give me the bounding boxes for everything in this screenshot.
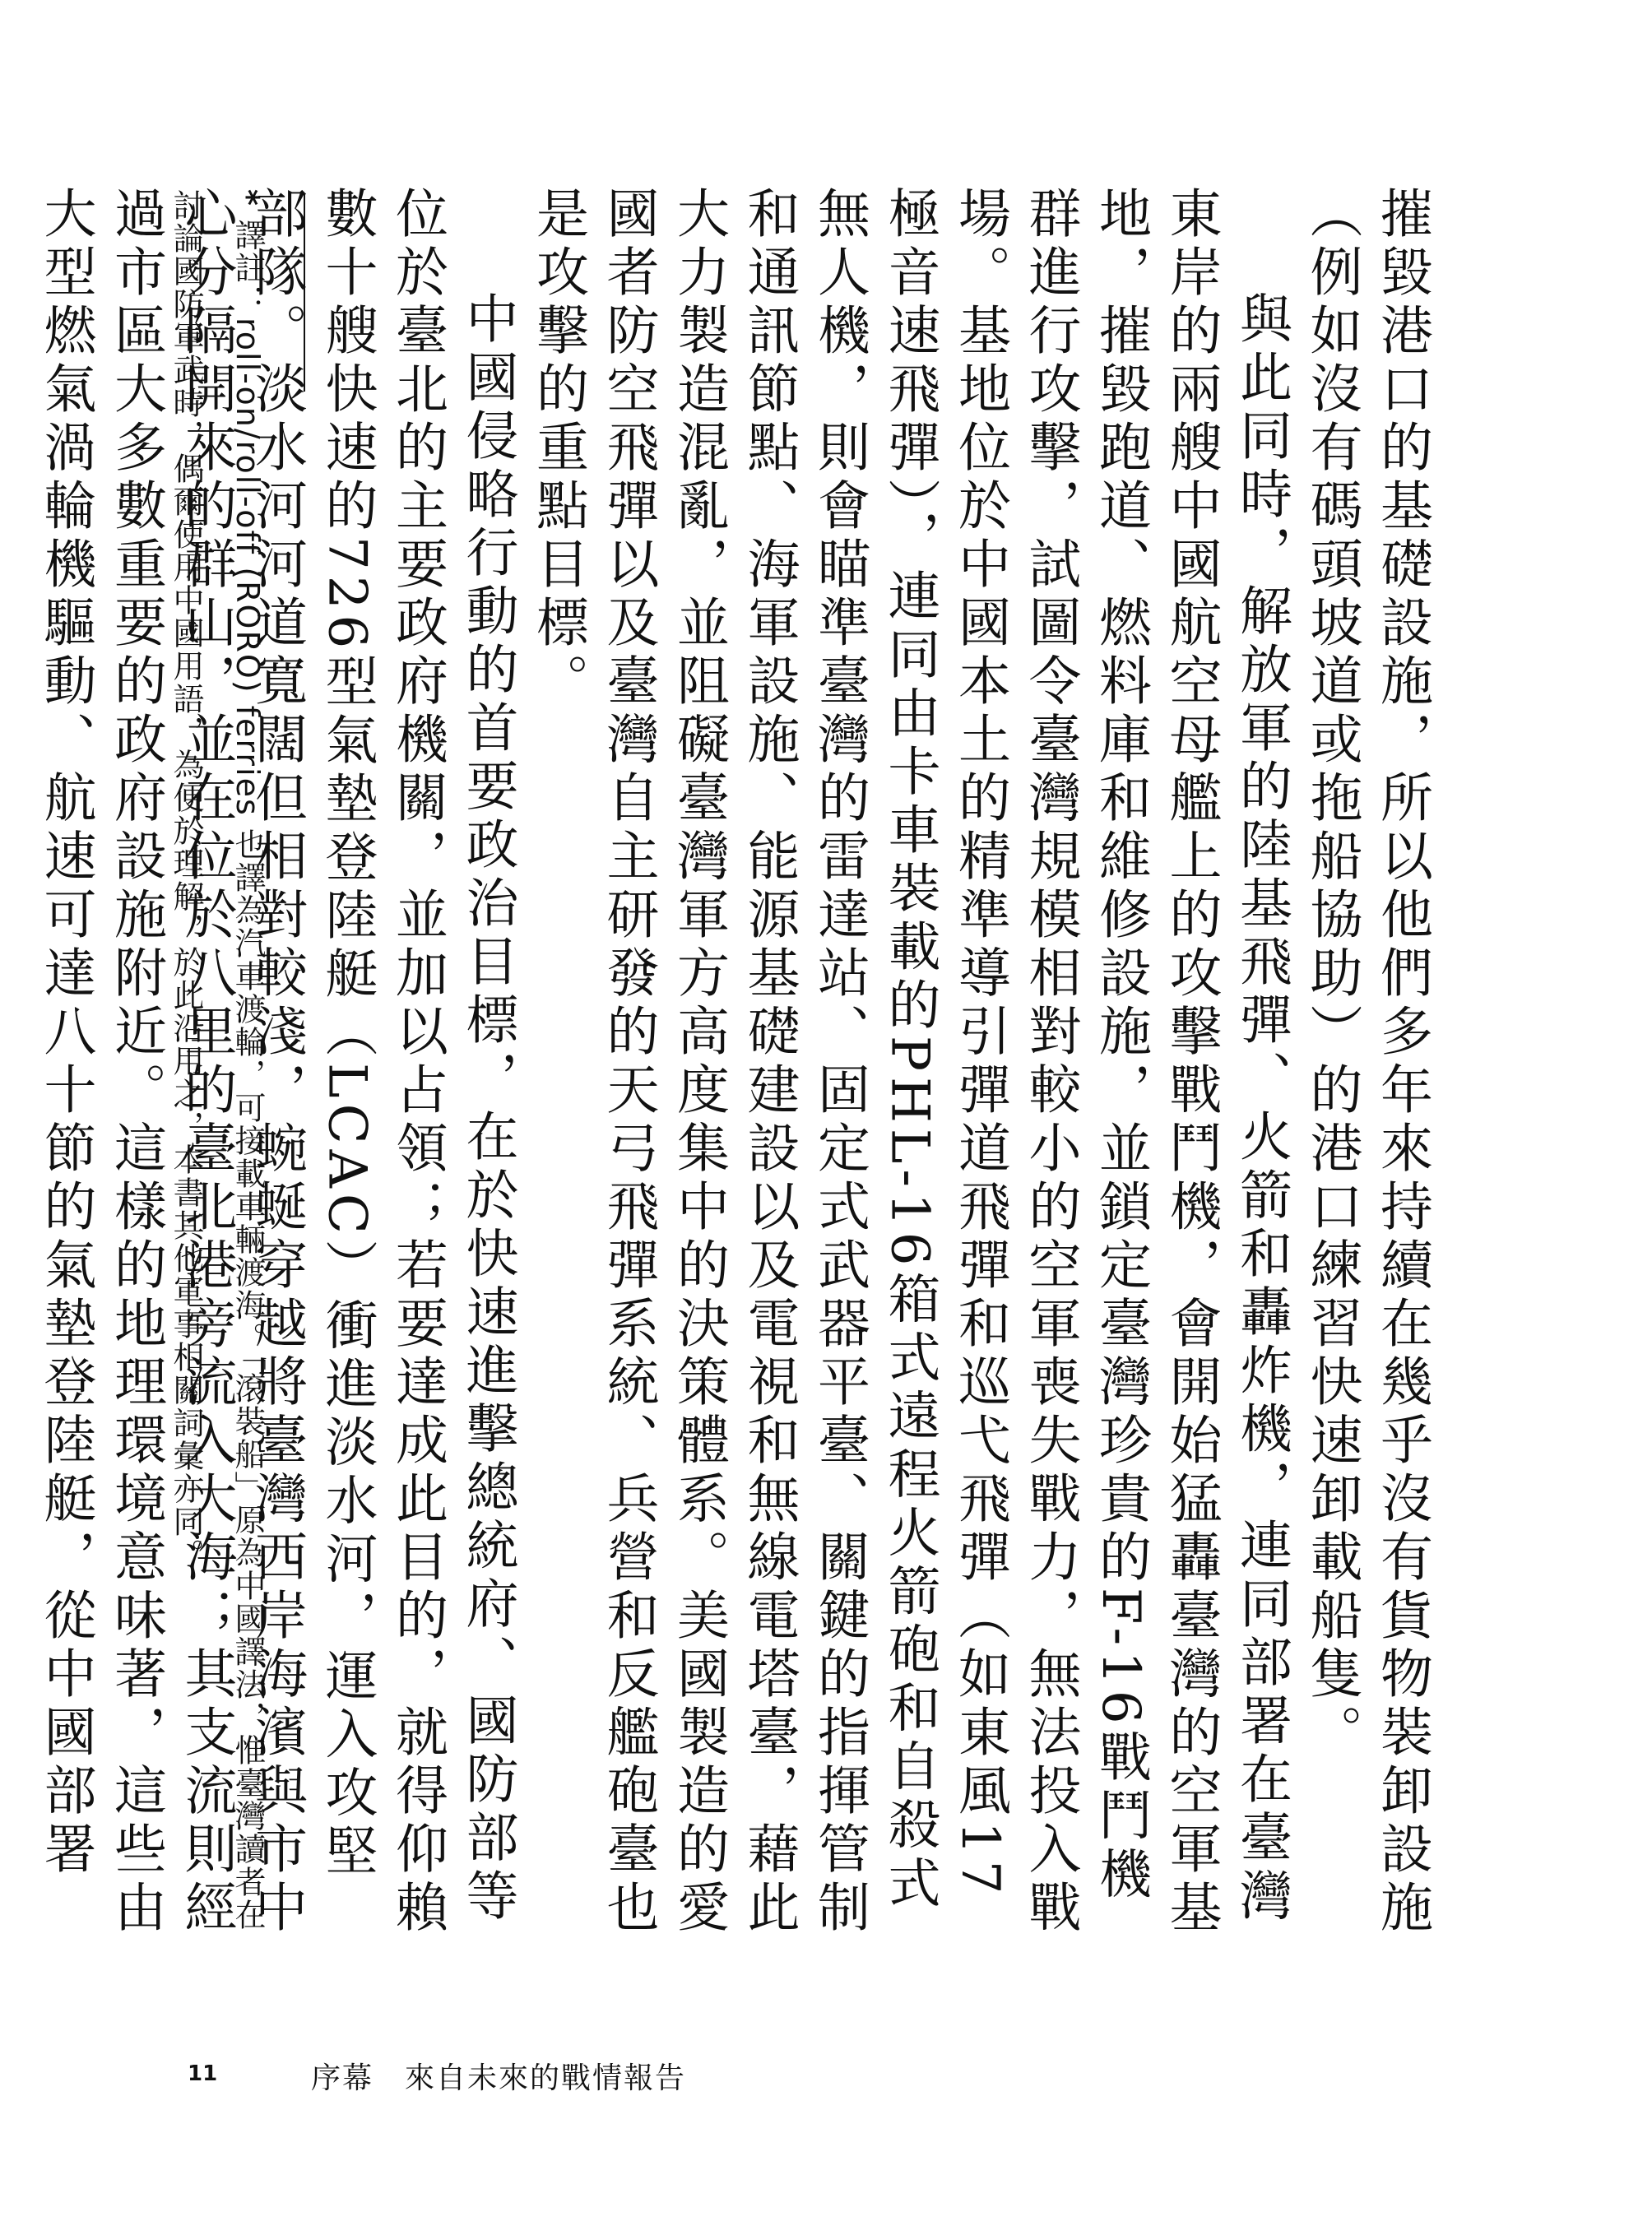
footnote-text: 譯註：roll-on/roll-off (RORO) ferries 也譯為汽車… (168, 189, 266, 1931)
running-head: 序幕 來自未來的戰情報告 (311, 2055, 686, 2097)
page-footer: 11 序幕 來自未來的戰情報告 (0, 2055, 1652, 2104)
book-page: 摧毀港口的基礎設施，所以他們多年來持續在幾乎沒有貨物裝卸設施（例如沒有碼頭坡道或… (0, 0, 1652, 2235)
footnote: * 譯註：roll-on/roll-off (RORO) ferries 也譯為… (155, 189, 278, 1941)
paragraph-airstrikes: 與此同時，解放軍的陸基飛彈、火箭和轟炸機，連同部署在臺灣東岸的兩艘中國航空母艦上… (522, 186, 1297, 1938)
paragraph-continuation: 摧毀港口的基礎設施，所以他們多年來持續在幾乎沒有貨物裝卸設施（例如沒有碼頭坡道或… (1296, 186, 1436, 1938)
footnote-divider (304, 194, 305, 392)
footnote-marker: * (230, 189, 266, 207)
page-number: 11 (188, 2061, 217, 2086)
